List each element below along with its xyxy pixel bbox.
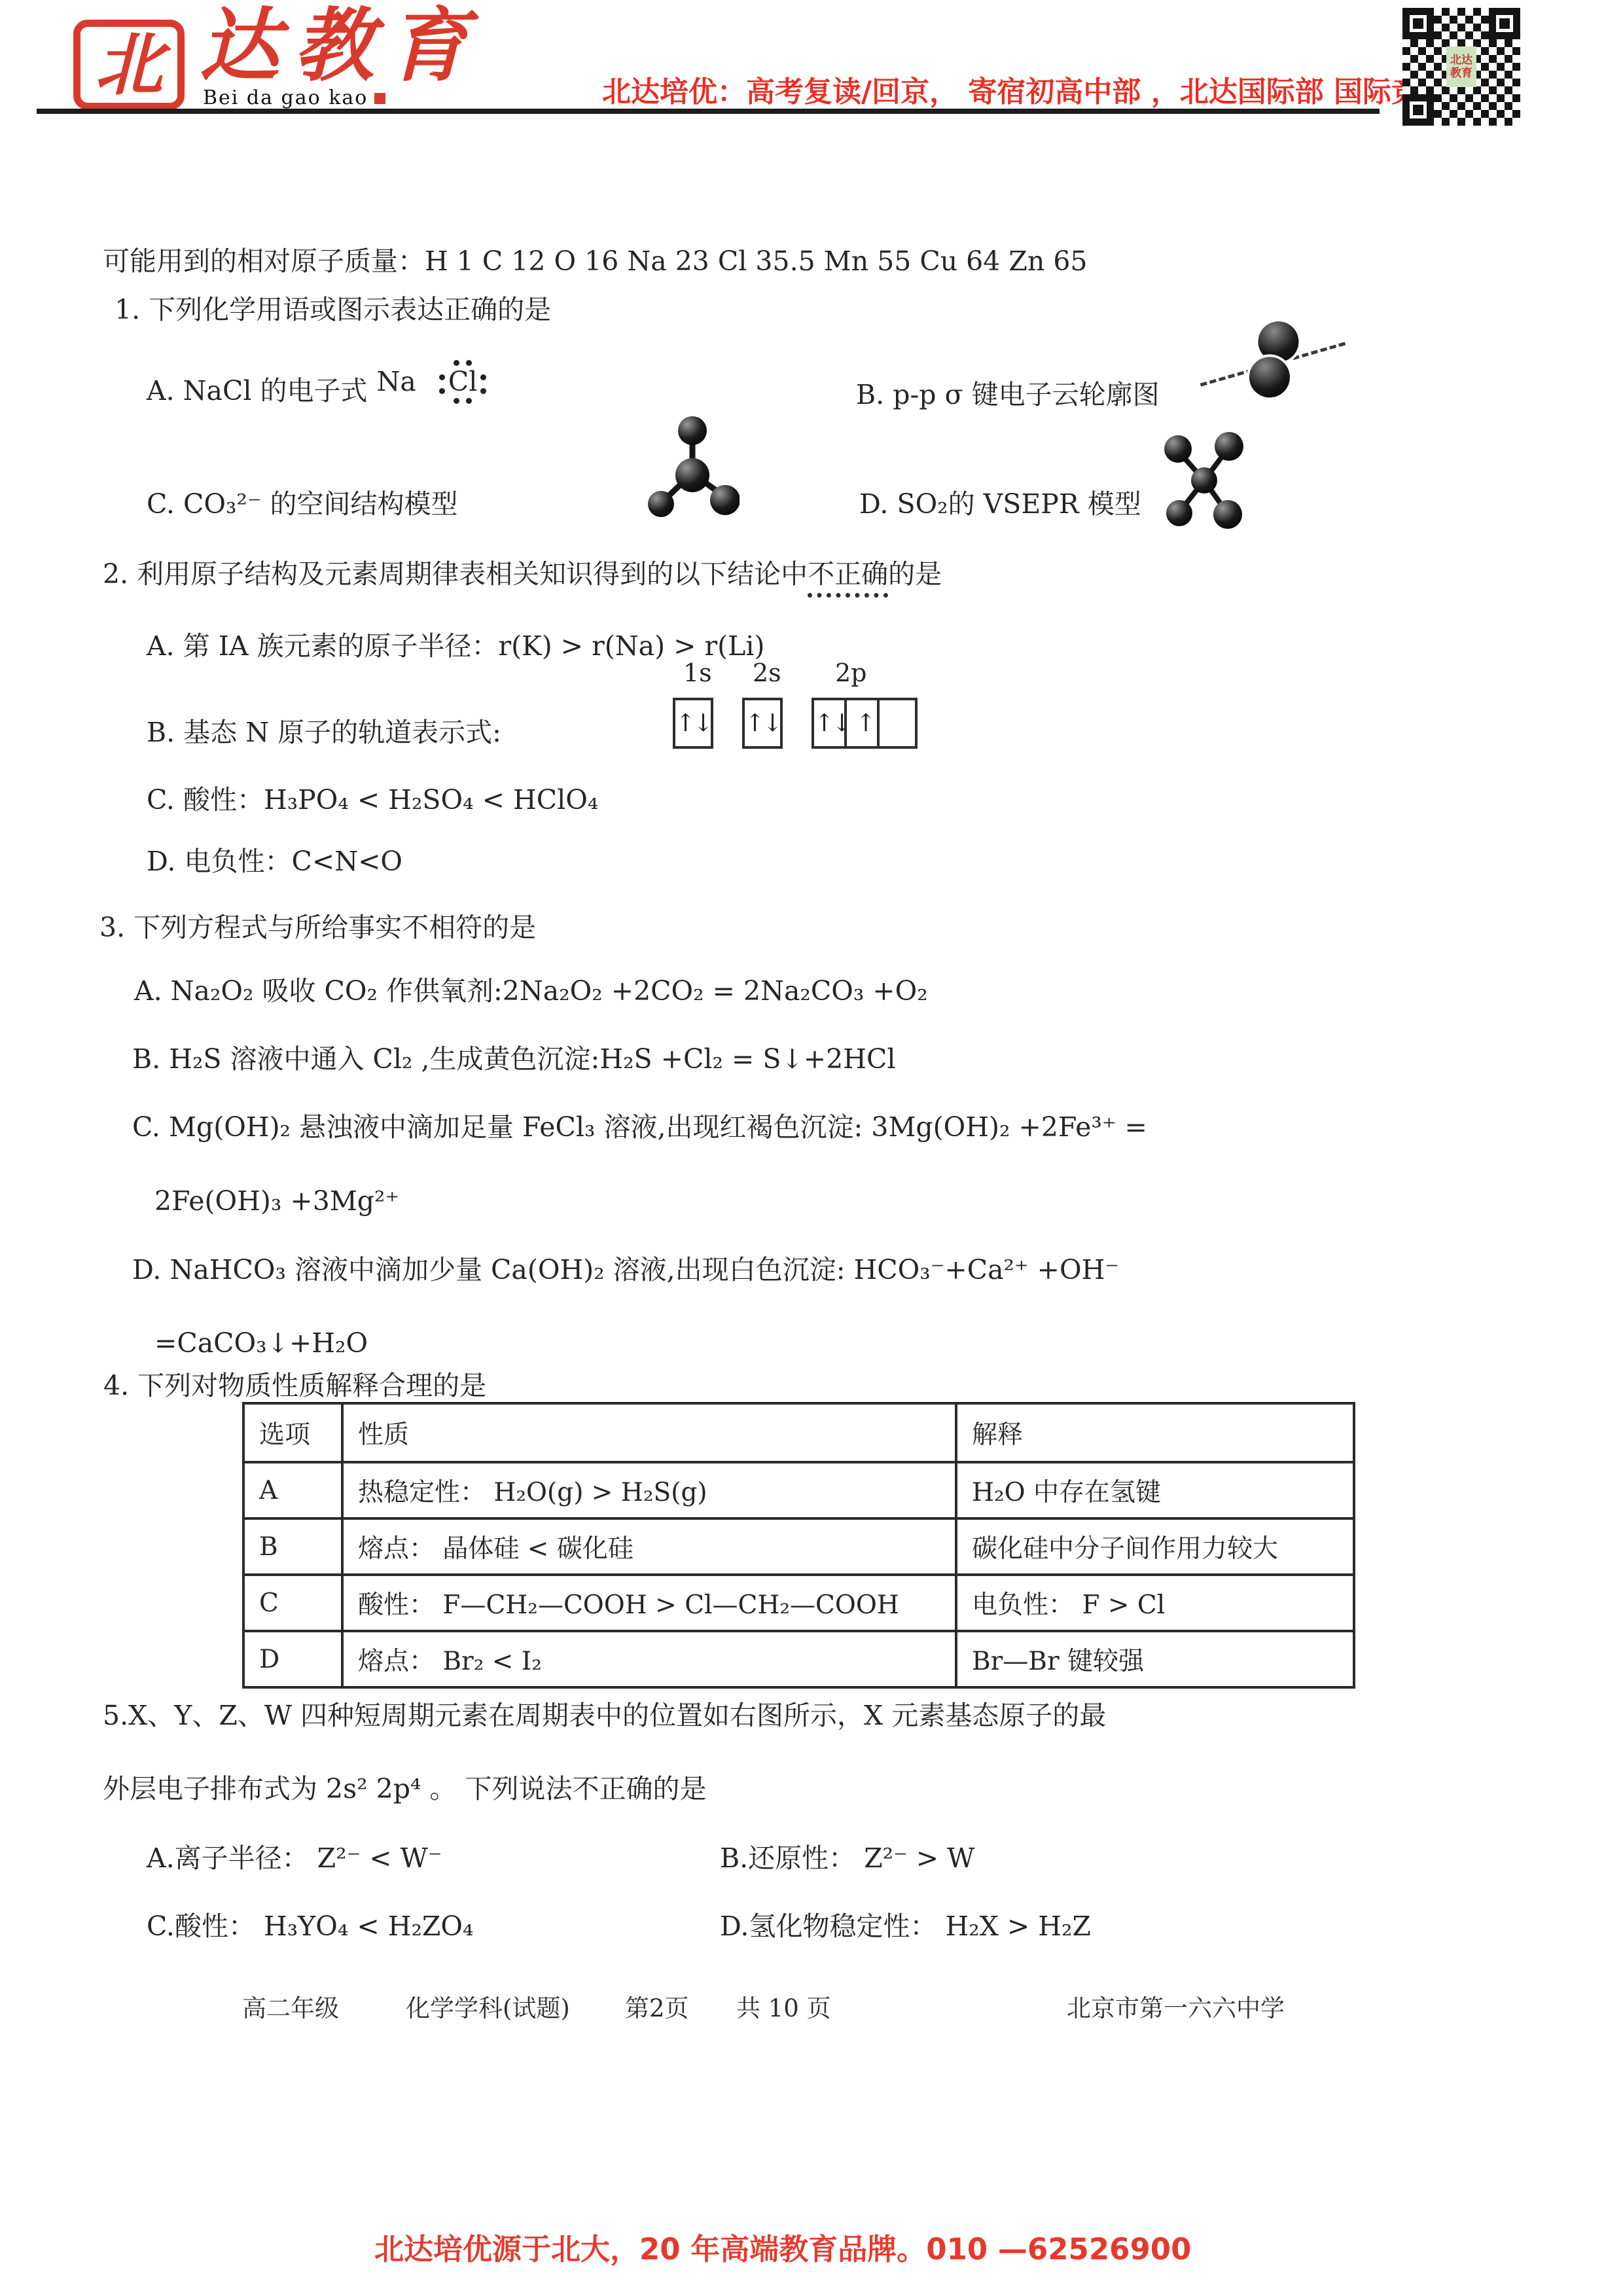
q2-option-a: A. 第 IA 族元素的原子半径：r(K) > r(Na) > r(Li) [147,630,764,663]
footer-grade: 高二年级 [242,1988,339,2024]
electron-dots [480,372,486,396]
q4-table: 选项 性质 解释 A 热稳定性： H₂O(g) > H₂S(g) H₂O 中存在… [242,1402,1355,1689]
qr-position-marker [1489,8,1520,39]
qr-position-marker [1402,94,1434,126]
header-tagline: 北达培优：高考复读/回京， 寄宿初高中部 ，北达国际部 国际竞赛部 [602,68,1478,110]
q3-option-c: C. Mg(OH)₂ 悬浊液中滴加足量 FeCl₃ 溶液,出现红褐色沉淀: 3M… [132,1111,1147,1144]
table-header-row: 选项 性质 解释 [243,1403,1354,1462]
logo-square-icon [374,93,385,104]
q3-option-a: A. Na₂O₂ 吸收 CO₂ 作供氧剂:2Na₂O₂ +2CO₂ = 2Na₂… [134,975,928,1008]
q5-stem-line2: 外层电子排布式为 2s² 2p⁴ 。 下列说法不正确的是 [103,1772,706,1806]
atomic-masses-line: 可能用到的相对原子质量：H 1 C 12 O 16 Na 23 Cl 35.5 … [103,245,1088,278]
q5-stem-line1: 5.X、Y、Z、W 四种短周期元素在周期表中的位置如右图所示，X 元素基态原子的… [103,1699,1106,1732]
table-row: C 酸性： F—CH₂—COOH > Cl—CH₂—COOH 电负性： F > … [243,1575,1354,1631]
q3-option-d-continued: =CaCO₃↓+H₂O [154,1327,368,1360]
orbital-box-1s: ↑↓ [673,698,713,749]
logo-subtitle-text: Bei da gao kao [203,86,368,109]
q3-option-b: B. H₂S 溶液中通入 Cl₂ ,生成黄色沉淀:H₂S +Cl₂ = S↓+2… [132,1043,895,1076]
table-row: A 热稳定性： H₂O(g) > H₂S(g) H₂O 中存在氢键 [243,1462,1354,1518]
q2-option-d: D. 电负性：C<N<O [147,845,402,878]
emphasized-text: 不正确 [808,558,888,598]
qr-center-label: 北达 教育 [1446,46,1476,87]
q1-stem: 1. 下列化学用语或图示表达正确的是 [115,293,551,327]
q3-option-d: D. NaHCO₃ 溶液中滴加少量 Ca(OH)₂ 溶液,出现白色沉淀: HCO… [132,1253,1119,1287]
logo-brand-script: 达教育 [200,5,482,85]
q5-option-b: B.还原性： Z²⁻ > W [720,1842,974,1875]
orbital-diagram: 1s 2s 2p ↑↓ ↑↓ ↑↓ ↑ [673,658,948,750]
q4-stem: 4. 下列对物质性质解释合理的是 [103,1369,486,1403]
orbital-box-2s: ↑↓ [742,698,783,749]
logo-subtitle: Bei da gao kao [203,86,385,109]
footer-school: 北京市第一六六中学 [1067,1988,1285,2024]
q2-stem: 2. 利用原子结构及元素周期律表相关知识得到的以下结论中不正确的是 [103,558,942,591]
logo-seal-character: 北 [95,31,163,99]
table-header-property: 性质 [342,1403,956,1462]
orbital-box-2p-3 [877,698,918,749]
q5-option-a: A.离子半径： Z²⁻ < W⁻ [147,1842,442,1875]
footer-page-total: 共 10 页 [736,1988,831,2024]
footer-subject: 化学学科(试题) [406,1988,570,2024]
nacl-electron-formula: NaCl [377,365,493,399]
q1-option-d: D. SO₂的 VSEPR 模型 [859,488,1141,521]
electron-dots [452,360,474,366]
so2-vsepr-model-figure [1158,429,1250,531]
qr-position-marker [1402,8,1434,39]
table-row: B 熔点： 晶体硅 < 碳化硅 碳化硅中分子间作用力较大 [243,1518,1354,1575]
table-row: D 熔点： Br₂ < I₂ Br—Br 键较强 [243,1631,1354,1687]
q1-option-c: C. CO₃²⁻ 的空间结构模型 [147,488,458,521]
q1-option-a: A. NaCl 的电子式NaCl [147,374,492,408]
electron-dots [452,398,474,404]
table-header-explanation: 解释 [956,1403,1354,1462]
q3-option-c-continued: 2Fe(OH)₃ +3Mg²⁺ [154,1185,399,1218]
exam-page: 北 达教育 Bei da gao kao 北达培优：高考复读/回京， 寄宿初高中… [0,0,1623,2296]
orbital-label-2p: 2p [835,658,867,687]
bottom-promo-banner: 北达培优源于北大，20 年高端教育品牌。010 —62526900 [374,2225,1191,2268]
q1-option-b: B. p-p σ 键电子云轮廓图 [856,378,1160,412]
q2-option-c: C. 酸性：H₃PO₄ < H₂SO₄ < HClO₄ [147,783,598,817]
header-divider [37,109,1380,114]
q5-option-d: D.氢化物稳定性： H₂X > H₂Z [720,1910,1091,1943]
pp-sigma-bond-cloud-figure [1209,322,1334,414]
q5-option-c: C.酸性： H₃YO₄ < H₂ZO₄ [147,1910,473,1943]
qr-code: 北达 教育 [1402,8,1520,126]
table-header-option: 选项 [243,1403,342,1462]
q2-option-b: B. 基态 N 原子的轨道表示式: [147,716,501,749]
co3-ball-stick-model-figure [641,411,740,519]
orbital-label-1s: 1s [683,658,712,687]
electron-dots [439,372,445,396]
orbital-label-2s: 2s [753,658,781,687]
q3-stem: 3. 下列方程式与所给事实不相符的是 [99,911,536,944]
footer-page-number: 第2页 [625,1988,689,2024]
logo-seal: 北 [73,20,185,110]
